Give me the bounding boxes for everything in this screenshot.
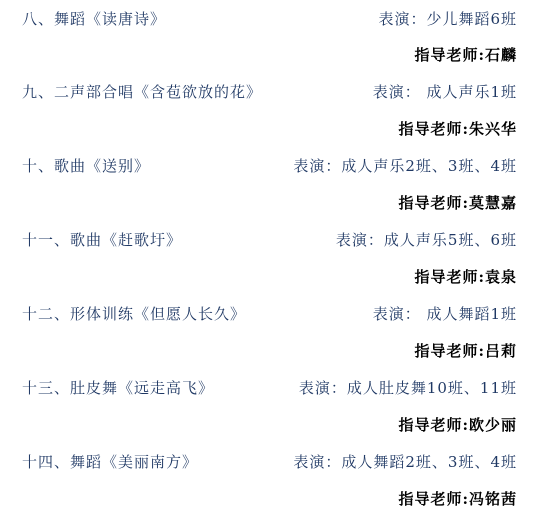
program-item-teacher: 指导老师:石麟 xyxy=(22,44,517,66)
program-item-title: 九、二声部合唱《含苞欲放的花》 xyxy=(22,83,262,101)
program-item-title-row: 十三、肚皮舞《远走高飞》 表演：成人肚皮舞10班、11班 xyxy=(22,377,517,399)
program-item-teacher: 指导老师:朱兴华 xyxy=(22,118,517,140)
program-item-title-row: 十一、歌曲《赶歌圩》 表演：成人声乐5班、6班 xyxy=(22,229,517,251)
program-item-title-row: 十二、形体训练《但愿人长久》 表演： 成人舞蹈1班 xyxy=(22,303,517,325)
program-item-performer: 表演：成人声乐5班、6班 xyxy=(336,229,517,251)
program-item-title: 十四、舞蹈《美丽南方》 xyxy=(22,453,198,471)
program-item-performer: 表演： 成人舞蹈1班 xyxy=(373,303,517,325)
program-item-title-row: 九、二声部合唱《含苞欲放的花》 表演： 成人声乐1班 xyxy=(22,81,517,103)
program-item-title-row: 十、歌曲《送别》 表演：成人声乐2班、3班、4班 xyxy=(22,155,517,177)
program-item-performer: 表演： 成人声乐1班 xyxy=(373,81,517,103)
program-item-teacher: 指导老师:莫慧嘉 xyxy=(22,192,517,214)
program-item-teacher: 指导老师:吕莉 xyxy=(22,340,517,362)
program-item-teacher: 指导老师:欧少丽 xyxy=(22,414,517,436)
program-item-performer: 表演：成人肚皮舞10班、11班 xyxy=(299,377,517,399)
program-item-teacher: 指导老师:袁泉 xyxy=(22,266,517,288)
program-item-performer: 表演：少儿舞蹈6班 xyxy=(378,8,517,30)
program-item-title: 十一、歌曲《赶歌圩》 xyxy=(22,231,182,249)
program-item-performer: 表演：成人舞蹈2班、3班、4班 xyxy=(293,451,517,473)
program-item-title: 十二、形体训练《但愿人长久》 xyxy=(22,305,246,323)
program-item-title: 八、舞蹈《读唐诗》 xyxy=(22,10,166,28)
program-item-title-row: 十四、舞蹈《美丽南方》 表演：成人舞蹈2班、3班、4班 xyxy=(22,451,517,473)
program-item-title: 十三、肚皮舞《远走高飞》 xyxy=(22,379,214,397)
program-item-performer: 表演：成人声乐2班、3班、4班 xyxy=(293,155,517,177)
program-item-title-row: 八、舞蹈《读唐诗》 表演：少儿舞蹈6班 xyxy=(22,8,517,30)
program-item-title: 十、歌曲《送别》 xyxy=(22,157,150,175)
program-item-teacher: 指导老师:冯铭茜 xyxy=(22,488,517,510)
